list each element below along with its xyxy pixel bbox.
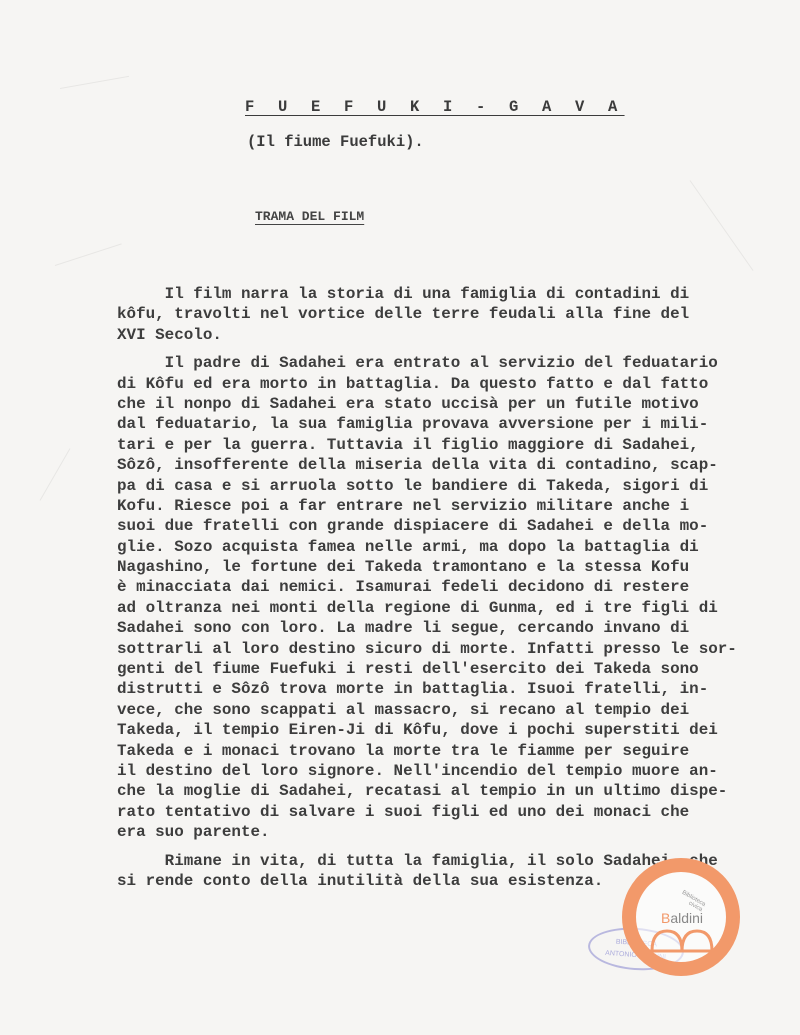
document-subtitle: (Il fiume Fuefuki). [247,133,424,151]
text-line: era suo parente. [117,822,757,842]
text-line: Takeda e i monaci trovano la morte tra l… [117,741,757,761]
paper-crease [690,180,754,271]
document-title: F U E F U K I - G A V A [245,98,625,116]
text-line: di Kôfu ed era morto in battaglia. Da qu… [117,374,757,394]
text-line: vece, che sono scappati al massacro, si … [117,700,757,720]
logo-small-text: Biblioteca civica [666,883,707,913]
text-line: genti del fiume Fuefuki i resti dell'ese… [117,659,757,679]
text-line: dal feduatario, la sua famiglia provava … [117,414,757,434]
logo-brand-initial: B [661,910,670,926]
body-text: Il film narra la storia di una famiglia … [117,284,757,891]
text-line: XVI Secolo. [117,325,757,345]
text-line: glie. Sozo acquista famea nelle armi, ma… [117,537,757,557]
baldini-logo: Biblioteca civica Baldini [622,858,740,976]
text-line: Sadahei sono con loro. La madre li segue… [117,618,757,638]
paragraph-gap [117,345,757,353]
logo-brand-rest: aldini [670,910,703,926]
logo-brand-name: Baldini [661,910,703,926]
paragraph-gap [117,843,757,851]
paragraph: Il film narra la storia di una famiglia … [117,284,757,345]
paragraph: Il padre di Sadahei era entrato al servi… [117,353,757,842]
paper-crease [60,76,129,89]
text-line: Nagashino, le fortune dei Takeda tramont… [117,557,757,577]
paper-crease [55,243,122,266]
text-line: è minacciata dai nemici. Isamurai fedeli… [117,577,757,597]
open-book-icon [650,927,714,953]
text-line: Takeda, il tempio Eiren-Ji di Kôfu, dove… [117,720,757,740]
text-line: suoi due fratelli con grande dispiacere … [117,516,757,536]
text-line: Il film narra la storia di una famiglia … [117,284,757,304]
text-line: Il padre di Sadahei era entrato al servi… [117,353,757,373]
document-page: F U E F U K I - G A V A (Il fiume Fuefuk… [0,0,800,1035]
text-line: sottrarli al loro destino sicuro di mort… [117,639,757,659]
text-line: ad oltranza nei monti della regione di G… [117,598,757,618]
text-line: Kofu. Riesce poi a far entrare nel servi… [117,496,757,516]
text-line: pa di casa e si arruola sotto le bandier… [117,476,757,496]
text-line: che la moglie di Sadahei, recatasi al te… [117,781,757,801]
text-line: Sôzô, insofferente della miseria della v… [117,455,757,475]
text-line: kôfu, travolti nel vortice delle terre f… [117,304,757,324]
text-line: che il nonpo di Sadahei era stato uccisà… [117,394,757,414]
text-line: distrutti e Sôzô trova morte in battagli… [117,679,757,699]
paper-crease [40,448,71,500]
text-line: tari e per la guerra. Tuttavia il figlio… [117,435,757,455]
text-line: il destino del loro signore. Nell'incend… [117,761,757,781]
text-line: rato tentativo di salvare i suoi figli e… [117,802,757,822]
section-heading: TRAMA DEL FILM [255,209,364,224]
